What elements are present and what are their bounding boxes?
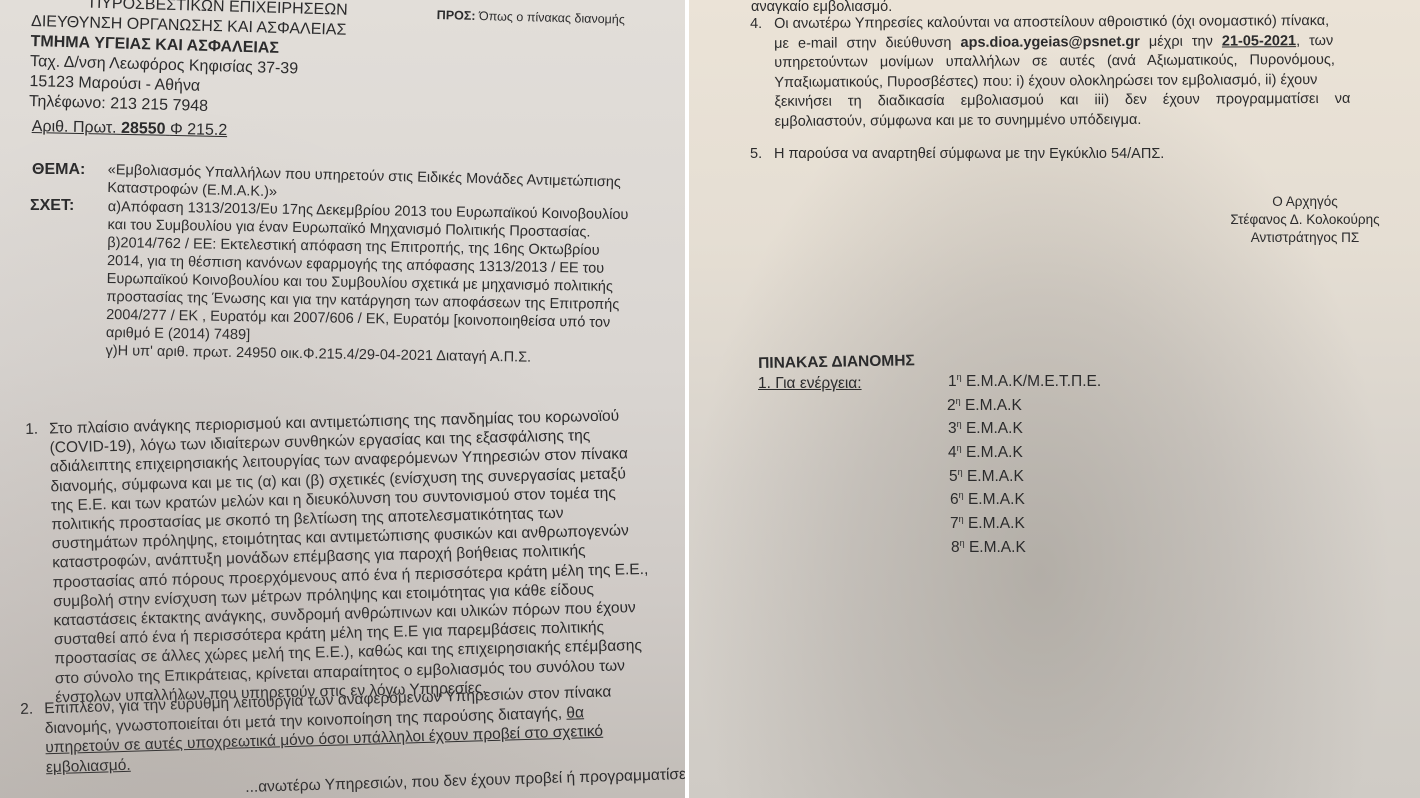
distribution-recipient: 3η Ε.Μ.Α.Κ <box>893 415 1101 439</box>
paragraph-line: εμβολιαστούν, σύμφωνα και με το συνημμέν… <box>775 109 1351 132</box>
distribution-recipient: 4η Ε.Μ.Α.Κ <box>893 439 1101 463</box>
related-label: ΣΧΕΤ: <box>30 196 74 215</box>
email-address[interactable]: aps.dioa.ygeias@psnet.gr <box>960 33 1139 50</box>
distribution-recipient: 5η Ε.Μ.Α.Κ <box>893 463 1101 487</box>
subject-label: ΘΕΜΑ: <box>32 160 85 179</box>
signature-rank: Αντιστράτηγος ΠΣ <box>1195 229 1415 247</box>
paragraph-line: Οι ανωτέρω Υπηρεσίες καλούνται να αποστε… <box>774 12 1350 35</box>
distribution-recipient: 7η Ε.Μ.Α.Κ <box>893 510 1101 534</box>
paragraph-1: 1. Στο πλαίσιο ανάγκης περιορισμού και α… <box>25 406 651 708</box>
signature-block: Ο Αρχηγός Στέφανος Δ. Κολοκούρης Αντιστρ… <box>1195 193 1415 247</box>
left-page-photo: ΠΥΡΟΣΒΕΣΤΙΚΩΝ ΕΠΙΧΕΙΡΗΣΕΩΝ ΔΙΕΥΘΥΝΣΗ ΟΡΓ… <box>0 0 685 798</box>
underlined-text: θα <box>566 704 584 722</box>
recipient-line: ΠΡΟΣ: Όπως ο πίνακας διανομής <box>437 6 626 30</box>
letterhead: ΠΥΡΟΣΒΕΣΤΙΚΩΝ ΕΠΙΧΕΙΡΗΣΕΩΝ ΔΙΕΥΘΥΝΣΗ ΟΡΓ… <box>29 0 348 121</box>
paragraph-number: 4. <box>750 15 775 132</box>
protocol-code: Φ 215.2 <box>170 121 228 139</box>
distribution-title: ΠΙΝΑΚΑΣ ΔΙΑΝΟΜΗΣ <box>758 351 915 373</box>
paragraph-5: 5. Η παρούσα να αναρτηθεί σύμφωνα με την… <box>750 145 1164 164</box>
paragraph-number: 2. <box>20 699 46 778</box>
protocol-value: 28550 <box>121 120 166 138</box>
paragraph-line: Η παρούσα να αναρτηθεί σύμφωνα με την Εγ… <box>774 145 1164 164</box>
distribution-recipient: 8η Ε.Μ.Α.Κ <box>893 534 1101 558</box>
deadline-date: 21-05-2021 <box>1222 33 1296 49</box>
distribution-recipient: 2η Ε.Μ.Α.Κ <box>893 392 1101 416</box>
signature-name: Στέφανος Δ. Κολοκούρης <box>1195 211 1415 229</box>
distribution-action-label: 1. Για ενέργεια: <box>758 374 862 393</box>
protocol-label: Αριθ. Πρωτ. <box>32 118 117 137</box>
to-value: Όπως ο πίνακας διανομής <box>479 9 625 27</box>
to-label: ΠΡΟΣ: <box>437 8 476 23</box>
distribution-recipient: 1η Ε.Μ.Α.Κ/Μ.Ε.Τ.Π.Ε. <box>893 368 1101 392</box>
related-references: α)Απόφαση 1313/2013/Ευ 17ης Δεκεμβρίου 2… <box>105 198 628 368</box>
distribution-recipient: 6η Ε.Μ.Α.Κ <box>893 486 1101 510</box>
paragraph-number: 5. <box>750 145 774 164</box>
protocol-number: Αριθ. Πρωτ. 28550 Φ 215.2 <box>32 117 228 140</box>
paragraph-2: 2. Επιπλέον, για την εύρυθμη λειτουργία … <box>20 682 613 778</box>
paragraph-4: 4. Οι ανωτέρω Υπηρεσίες καλούνται να απο… <box>750 12 1351 132</box>
paragraph-line: ξεκινήσει τη διαδικασία εμβολιασμού και … <box>774 90 1350 113</box>
signature-title: Ο Αρχηγός <box>1195 193 1415 211</box>
paragraph-3-partial: ...ανωτέρω Υπηρεσιών, που δεν έχουν προβ… <box>245 765 685 797</box>
paragraph-line: υπηρετούντων μονίμων υπαλλήλων σε αυτές … <box>774 51 1350 74</box>
distribution-list: 1η Ε.Μ.Α.Κ/Μ.Ε.Τ.Π.Ε.2η Ε.Μ.Α.Κ3η Ε.Μ.Α.… <box>893 368 1101 557</box>
